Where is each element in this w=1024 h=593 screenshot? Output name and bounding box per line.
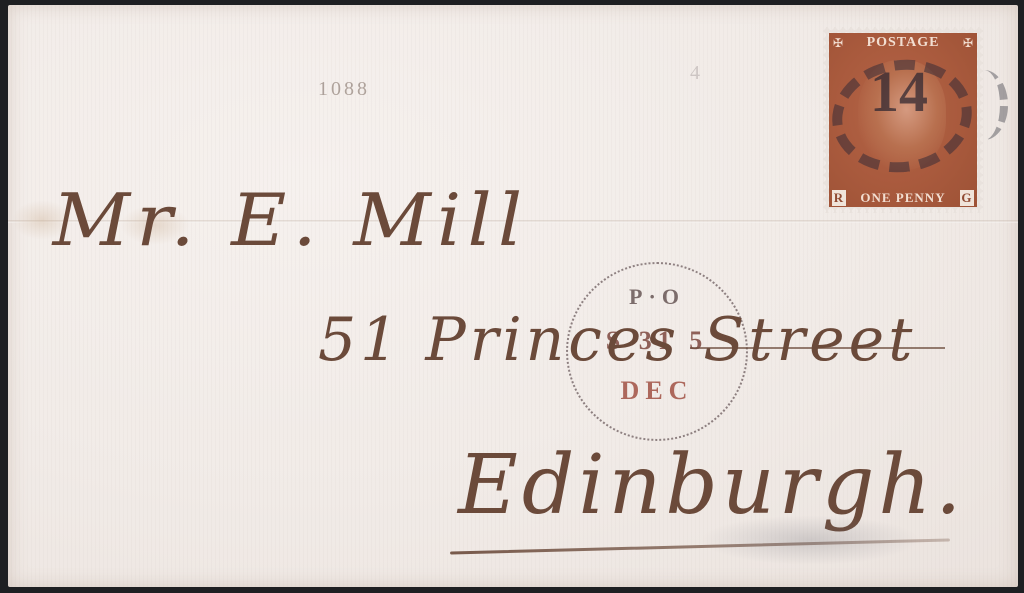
faint-receiving-mark: 1088 [318,78,370,101]
cancellation-numeral: 14 [870,58,928,125]
addressee-name: Mr. E. Mill [53,178,529,262]
stamp-corner-letter-right: G [960,190,974,206]
stamp-top-label: POSTAGE [829,35,977,51]
stamp-value: ONE PENNY [860,190,945,206]
cancellation-offset [960,70,1008,140]
street-rule [690,347,945,349]
pencil-note: 4 [690,62,700,85]
stamp-corner-letter-left: R [832,190,846,206]
postmark-month: DEC [568,376,746,406]
stamp-bottom-label: R ONE PENNY G [829,190,977,206]
street-address: 51 Princes Street [318,305,916,375]
ink-smudge [700,515,920,565]
